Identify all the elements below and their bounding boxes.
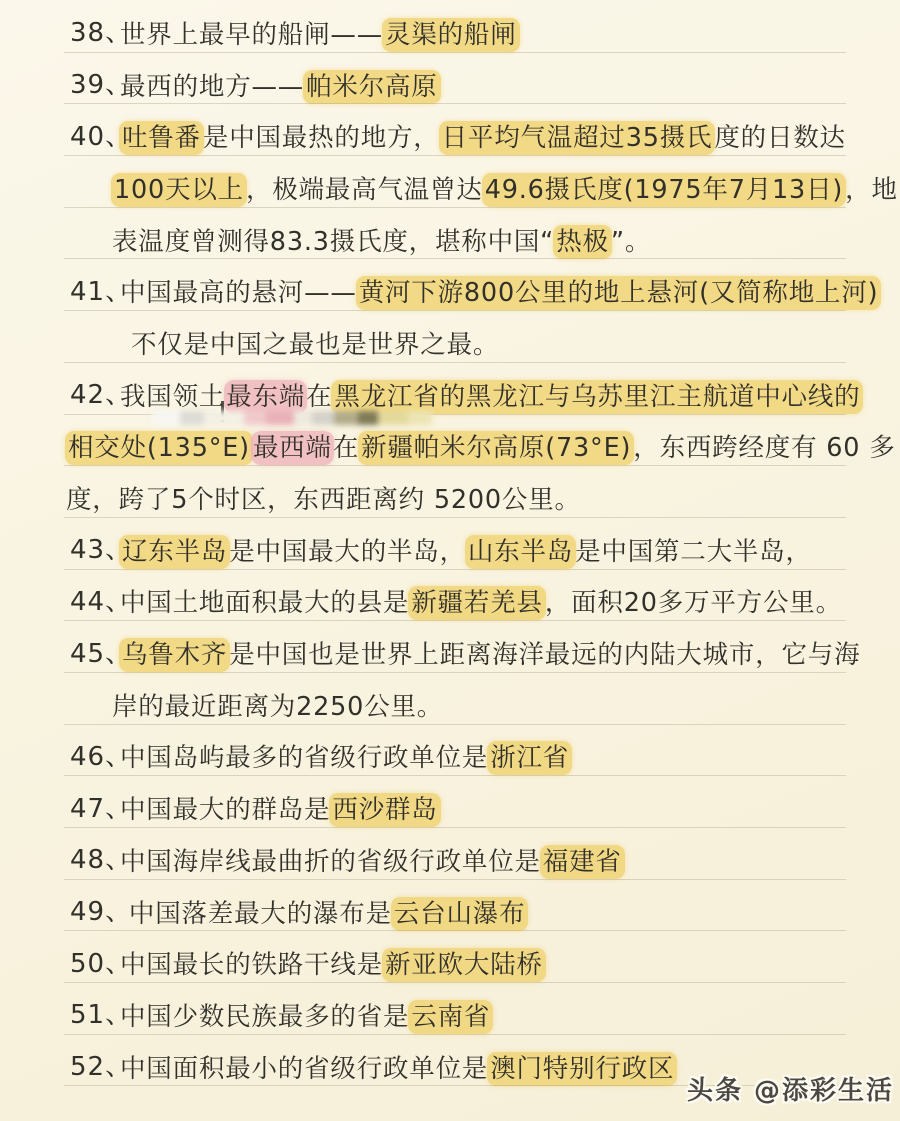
- note-line-49: 49、 中国落差最大的瀑布是云台山瀑布: [0, 884, 900, 936]
- redaction-block: [204, 411, 244, 425]
- note-text: 不仅是中国之最也是世界之最。: [131, 325, 499, 361]
- highlighted-text: 辽东半岛: [119, 535, 230, 569]
- redaction-block: [358, 411, 378, 425]
- highlighted-text: 黑龙江省的黑龙江与乌苏里江主航道中心线的: [331, 380, 863, 414]
- watermark: 头条 @添彩生活: [687, 1070, 894, 1107]
- note-text: 中国土地面积最大的县是新疆若羌县，面积20多万平方公里。: [120, 583, 842, 619]
- plain-text: ，面积20多万平方公里。: [545, 588, 842, 618]
- note-line-45b: 岸的最近距离为2250公里。: [0, 677, 900, 729]
- highlighted-text: 49.6摄氏度(1975年7月13日): [482, 173, 846, 207]
- item-number: 48、: [70, 839, 120, 876]
- note-line-40b: 100天以上，极端最高气温曾达49.6摄氏度(1975年7月13日)，地: [0, 160, 900, 212]
- redaction-block: [244, 411, 266, 425]
- plain-text: ”。: [611, 227, 651, 257]
- note-line-42a: 42、我国领土最东端在黑龙江省的黑龙江与乌苏里江主航道中心线的: [0, 367, 900, 419]
- highlighted-text: 黄河下游800公里的地上悬河(又简称地上河): [356, 276, 882, 310]
- note-line-42c: 度，跨了5个时区，东西距离约 5200公里。: [0, 470, 900, 522]
- note-text: 中国最大的群岛是西沙群岛: [120, 790, 440, 826]
- plain-text: 表温度曾测得83.3摄氏度，堪称中国“: [112, 227, 554, 257]
- plain-text: ，东西跨经度有 60 多: [633, 433, 895, 463]
- item-number: 46、: [70, 736, 120, 773]
- highlighted-text: 帕米尔高原: [303, 70, 441, 104]
- note-line-40a: 40、吐鲁番是中国最热的地方，日平均气温超过35摄氏度的日数达: [0, 108, 900, 160]
- note-line-47: 47、中国最大的群岛是西沙群岛: [0, 780, 900, 832]
- redaction-block: [266, 411, 294, 425]
- note-text: 100天以上，极端最高气温曾达49.6摄氏度(1975年7月13日)，地: [112, 170, 898, 206]
- note-text: 表温度曾测得83.3摄氏度，堪称中国“热极”。: [112, 222, 651, 258]
- plain-text: 我国领土: [120, 382, 225, 412]
- pink-highlighted-text: 最东端: [224, 380, 307, 414]
- item-number: 51、: [70, 994, 120, 1031]
- note-text: 中国最长的铁路干线是新亚欧大陆桥: [120, 945, 545, 981]
- note-text: 中国落差最大的瀑布是云台山瀑布: [120, 894, 527, 930]
- note-line-38: 38、世界上最早的船闸——灵渠的船闸: [0, 5, 900, 57]
- plain-text: 是中国最大的半岛，: [229, 537, 466, 567]
- plain-text: 最西的地方——: [120, 72, 304, 102]
- plain-text: ，地: [845, 175, 898, 205]
- note-line-43: 43、辽东半岛是中国最大的半岛，山东半岛是中国第二大半岛，: [0, 522, 900, 574]
- highlighted-text: 云南省: [408, 1000, 493, 1034]
- plain-text: 是中国也是世界上距离海洋最远的内陆大城市，它与海: [229, 640, 860, 670]
- note-text: 中国岛屿最多的省级行政单位是浙江省: [120, 738, 571, 774]
- plain-text: 是中国最热的地方，: [203, 123, 440, 153]
- note-text: 最西的地方——帕米尔高原: [120, 67, 440, 103]
- plain-text: 岸的最近距离为2250公里。: [112, 692, 443, 722]
- note-text: 岸的最近距离为2250公里。: [112, 687, 443, 723]
- highlighted-text: 100天以上: [111, 173, 247, 207]
- item-number: 40、: [70, 116, 120, 153]
- plain-text: 中国落差最大的瀑布是: [120, 899, 392, 929]
- highlighted-text: 灵渠的船闸: [382, 18, 520, 52]
- note-line-51: 51、中国少数民族最多的省是云南省: [0, 987, 900, 1039]
- note-text: 中国海岸线最曲折的省级行政单位是福建省: [120, 842, 624, 878]
- pink-highlighted-text: 最西端: [251, 431, 334, 465]
- note-text: 中国面积最小的省级行政单位是澳门特别行政区: [120, 1049, 676, 1085]
- plain-text: 世界上最早的船闸——: [120, 20, 383, 50]
- redaction-block: [152, 411, 180, 425]
- plain-text: 中国面积最小的省级行政单位是: [120, 1054, 488, 1084]
- plain-text: 中国最大的群岛是: [120, 795, 330, 825]
- item-number: 47、: [70, 788, 120, 825]
- note-line-39: 39、最西的地方——帕米尔高原: [0, 57, 900, 109]
- plain-text: 中国最长的铁路干线是: [120, 950, 383, 980]
- note-line-45a: 45、乌鲁木齐是中国也是世界上距离海洋最远的内陆大城市，它与海: [0, 625, 900, 677]
- item-number: 45、: [70, 633, 120, 670]
- item-number: 39、: [70, 64, 120, 101]
- plain-text: 中国土地面积最大的县是: [120, 588, 409, 618]
- item-number: 44、: [70, 581, 120, 618]
- highlighted-text: 吐鲁番: [119, 121, 204, 155]
- highlighted-text: 山东半岛: [465, 535, 576, 569]
- highlighted-text: 浙江省: [487, 741, 572, 775]
- item-number: 52、: [70, 1046, 120, 1083]
- note-text: 世界上最早的船闸——灵渠的船闸: [120, 15, 519, 51]
- note-line-42b: 相交处(135°E)最西端在新疆帕米尔高原(73°E)，东西跨经度有 60 多: [0, 419, 900, 471]
- highlighted-text: 日平均气温超过35摄氏: [439, 121, 716, 155]
- redaction-block: [408, 411, 432, 425]
- item-number: 42、: [70, 374, 120, 411]
- plain-text: 度，跨了5个时区，东西距离约 5200公里。: [66, 485, 581, 515]
- note-text: 辽东半岛是中国最大的半岛，山东半岛是中国第二大半岛，: [120, 532, 812, 568]
- highlighted-text: 乌鲁木齐: [119, 638, 230, 672]
- plain-text: ，极端最高气温曾达: [246, 175, 483, 205]
- plain-text: 在: [306, 382, 332, 412]
- highlighted-text: 新疆帕米尔高原(73°E): [358, 431, 634, 465]
- note-text: 相交处(135°E)最西端在新疆帕米尔高原(73°E)，东西跨经度有 60 多: [66, 428, 896, 464]
- note-text: 中国少数民族最多的省是云南省: [120, 997, 492, 1033]
- highlighted-text: 云台山瀑布: [391, 897, 529, 931]
- plain-text: 中国少数民族最多的省是: [120, 1002, 409, 1032]
- plain-text: 中国最高的悬河——: [120, 278, 357, 308]
- redaction-block: [180, 411, 204, 425]
- plain-text: 度的日数达: [714, 123, 846, 153]
- note-line-41a: 41、中国最高的悬河——黄河下游800公里的地上悬河(又简称地上河): [0, 263, 900, 315]
- highlighted-text: 福建省: [540, 845, 625, 879]
- notes-page: 38、世界上最早的船闸——灵渠的船闸39、最西的地方——帕米尔高原40、吐鲁番是…: [0, 0, 900, 1121]
- highlighted-text: 澳门特别行政区: [487, 1052, 677, 1086]
- highlighted-text: 西沙群岛: [329, 793, 440, 827]
- redacted-region: [152, 411, 432, 425]
- plain-text: 中国海岸线最曲折的省级行政单位是: [120, 847, 541, 877]
- plain-text: 是中国第二大半岛，: [575, 537, 812, 567]
- item-number: 50、: [70, 943, 120, 980]
- note-line-41b: 不仅是中国之最也是世界之最。: [0, 315, 900, 367]
- redaction-block: [378, 411, 408, 425]
- note-line-40c: 表温度曾测得83.3摄氏度，堪称中国“热极”。: [0, 212, 900, 264]
- redaction-block: [294, 411, 312, 425]
- highlighted-text: 新亚欧大陆桥: [382, 948, 546, 982]
- plain-text: 中国岛屿最多的省级行政单位是: [120, 743, 488, 773]
- redaction-block: [334, 411, 358, 425]
- redaction-block: [312, 411, 334, 425]
- note-line-46: 46、中国岛屿最多的省级行政单位是浙江省: [0, 729, 900, 781]
- item-number: 41、: [70, 271, 120, 308]
- highlighted-text: 相交处(135°E): [65, 431, 253, 465]
- notes-list: 38、世界上最早的船闸——灵渠的船闸39、最西的地方——帕米尔高原40、吐鲁番是…: [0, 5, 900, 1090]
- highlighted-text: 热极: [553, 225, 612, 259]
- note-text: 度，跨了5个时区，东西距离约 5200公里。: [66, 480, 581, 516]
- note-text: 乌鲁木齐是中国也是世界上距离海洋最远的内陆大城市，它与海: [120, 635, 860, 671]
- highlighted-text: 新疆若羌县: [408, 586, 546, 620]
- note-line-50: 50、中国最长的铁路干线是新亚欧大陆桥: [0, 935, 900, 987]
- note-text: 我国领土最东端在黑龙江省的黑龙江与乌苏里江主航道中心线的: [120, 377, 862, 413]
- note-line-48: 48、中国海岸线最曲折的省级行政单位是福建省: [0, 832, 900, 884]
- item-number: 43、: [70, 529, 120, 566]
- plain-text: 在: [333, 433, 359, 463]
- plain-text: 不仅是中国之最也是世界之最。: [131, 330, 499, 360]
- note-text: 吐鲁番是中国最热的地方，日平均气温超过35摄氏度的日数达: [120, 118, 846, 154]
- item-number: 49、: [70, 891, 120, 928]
- note-text: 中国最高的悬河——黄河下游800公里的地上悬河(又简称地上河): [120, 273, 880, 309]
- item-number: 38、: [70, 12, 120, 49]
- note-line-44: 44、中国土地面积最大的县是新疆若羌县，面积20多万平方公里。: [0, 574, 900, 626]
